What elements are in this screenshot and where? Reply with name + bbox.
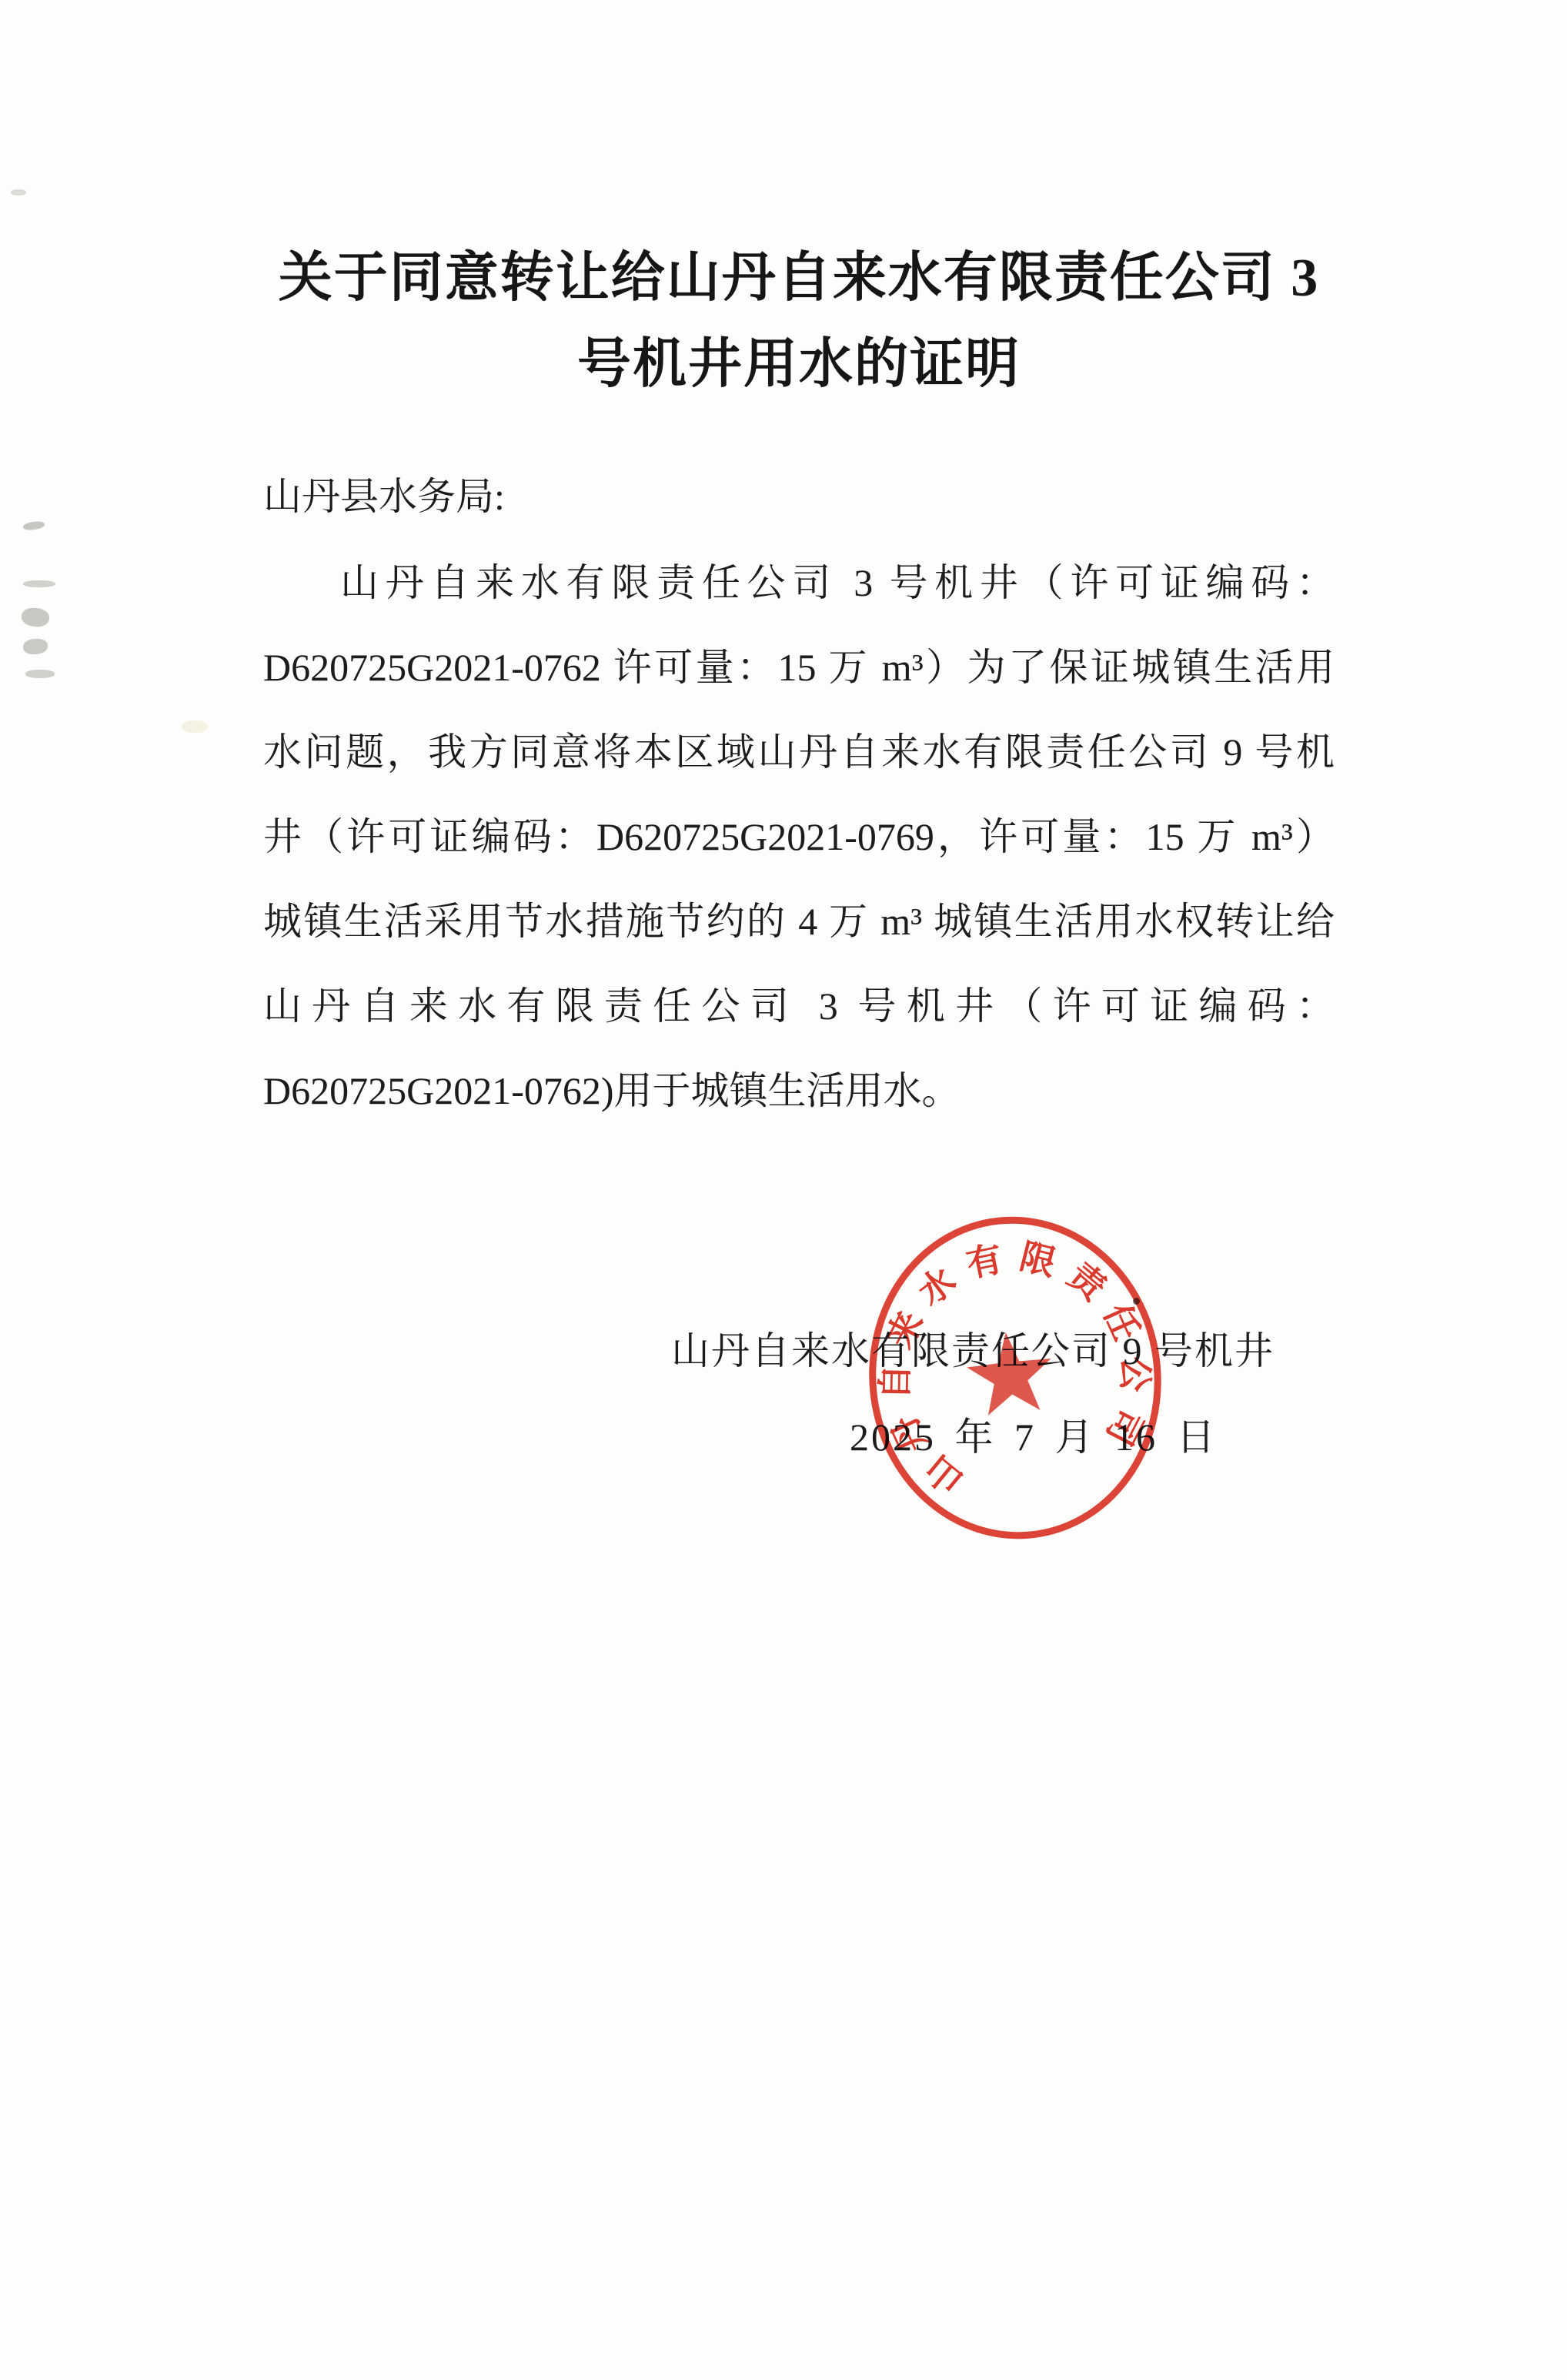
body-line: 山丹自来水有限责任公司 3 号机井（许可证编码： [263, 964, 1335, 1048]
scan-artifact [182, 720, 208, 733]
scan-artifact [11, 189, 26, 196]
body-paragraph: 山丹自来水有限责任公司 3 号机井（许可证编码： D620725G2021-07… [263, 540, 1335, 1133]
scan-artifact [22, 520, 45, 531]
scan-artifact [22, 638, 48, 656]
scanned-document-page: 关于同意转让给山丹自来水有限责任公司 3 号机井用水的证明 山丹县水务局: 山丹… [0, 0, 1567, 2380]
stamp-star-icon [964, 1328, 1056, 1417]
body-line: D620725G2021-0762)用于城镇生活用水。 [263, 1048, 1335, 1133]
salutation: 山丹县水务局: [263, 454, 1335, 539]
scan-artifact [25, 670, 55, 678]
document-title-line2: 号机井用水的证明 [263, 322, 1335, 408]
body-line: 水问题，我方同意将本区域山丹自来水有限责任公司 9 号机 [263, 710, 1335, 794]
scan-artifact [23, 580, 55, 587]
body-line: 城镇生活采用节水措施节约的 4 万 m³ 城镇生活用水权转让给 [263, 879, 1335, 964]
body-line: 井（许可证编码：D620725G2021-0769，许可量：15 万 m³） [263, 794, 1335, 879]
body-line: 山丹自来水有限责任公司 3 号机井（许可证编码： [263, 540, 1335, 625]
scan-artifact [21, 607, 50, 628]
document-title: 关于同意转让给山丹自来水有限责任公司 3 号机井用水的证明 [263, 236, 1335, 408]
body-line: D620725G2021-0762 许可量：15 万 m³）为了保证城镇生活用 [263, 625, 1335, 710]
document-title-line1: 关于同意转让给山丹自来水有限责任公司 3 [263, 236, 1335, 322]
official-red-stamp: 山丹自来水有限责任公司 [849, 1200, 1181, 1556]
